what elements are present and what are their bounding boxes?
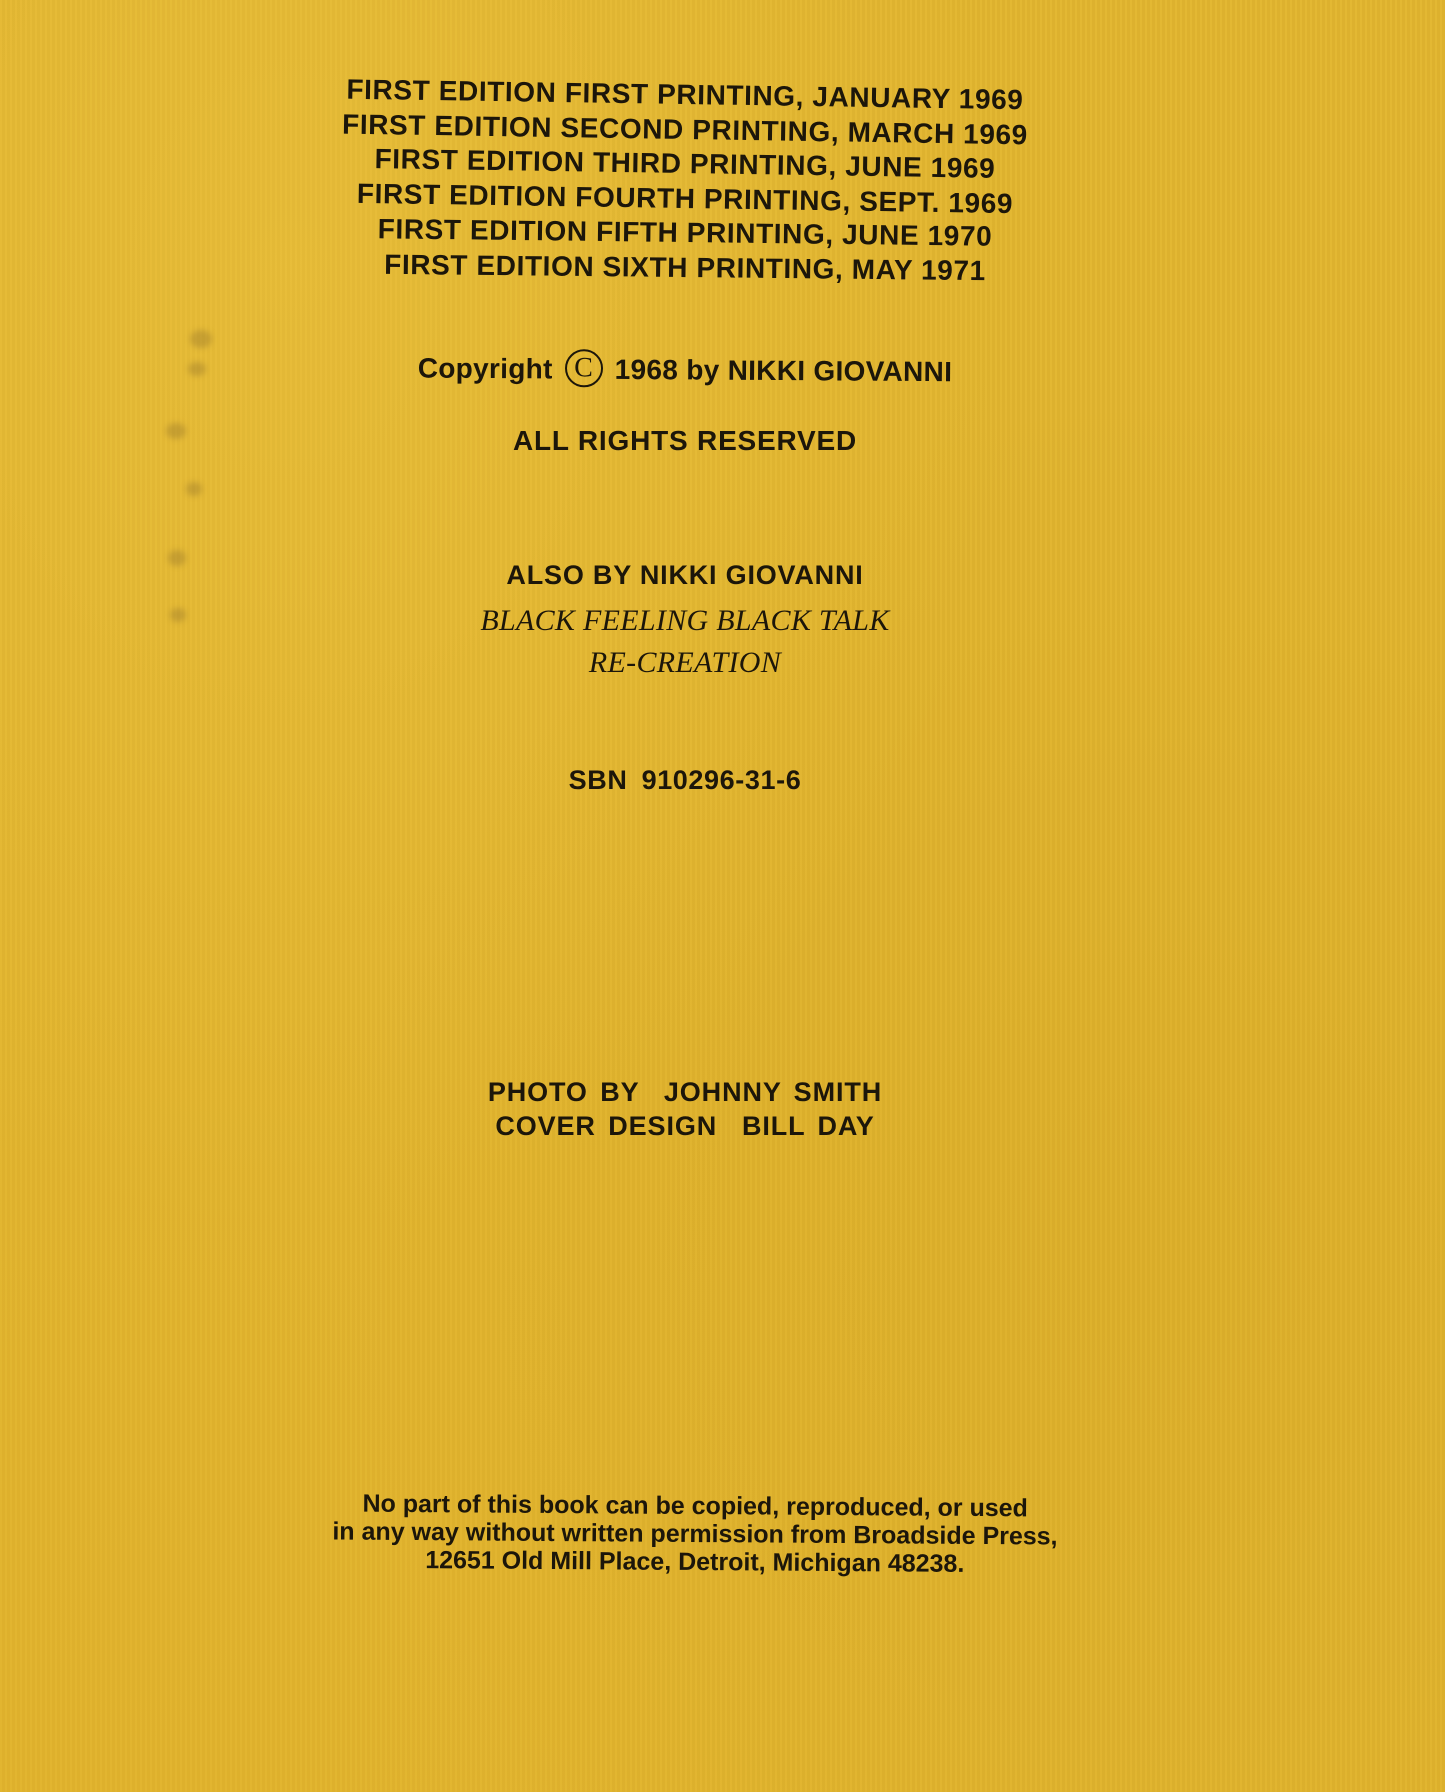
credits: PHOTO BY JOHNNY SMITH COVER DESIGN BILL … — [0, 1075, 1370, 1143]
copyright-prefix: Copyright — [418, 353, 553, 385]
rights-reserved: ALL RIGHTS RESERVED — [0, 425, 1370, 457]
also-by-books: BLACK FEELING BLACK TALK RE-CREATION — [0, 600, 1370, 684]
ink-spot — [186, 482, 202, 496]
sbn-number: SBN 910296-31-6 — [0, 765, 1370, 796]
copyright-symbol-icon: C — [565, 349, 603, 387]
cover-design-credit: COVER DESIGN BILL DAY — [0, 1109, 1370, 1143]
copyright-notice: No part of this book can be copied, repr… — [10, 1487, 1381, 1581]
ink-spot — [190, 330, 212, 348]
copyright-line: CopyrightC1968 by NIKKI GIOVANNI — [0, 348, 1370, 396]
also-by-heading: ALSO BY NIKKI GIOVANNI — [0, 560, 1370, 591]
copyright-page: FIRST EDITION FIRST PRINTING, JANUARY 19… — [0, 0, 1445, 1792]
copyright-holder: 1968 by NIKKI GIOVANNI — [615, 354, 953, 387]
book-title: RE-CREATION — [0, 642, 1370, 684]
printing-history: FIRST EDITION FIRST PRINTING, JANUARY 19… — [0, 78, 1370, 285]
book-title: BLACK FEELING BLACK TALK — [0, 600, 1370, 642]
photo-credit: PHOTO BY JOHNNY SMITH — [0, 1075, 1370, 1109]
